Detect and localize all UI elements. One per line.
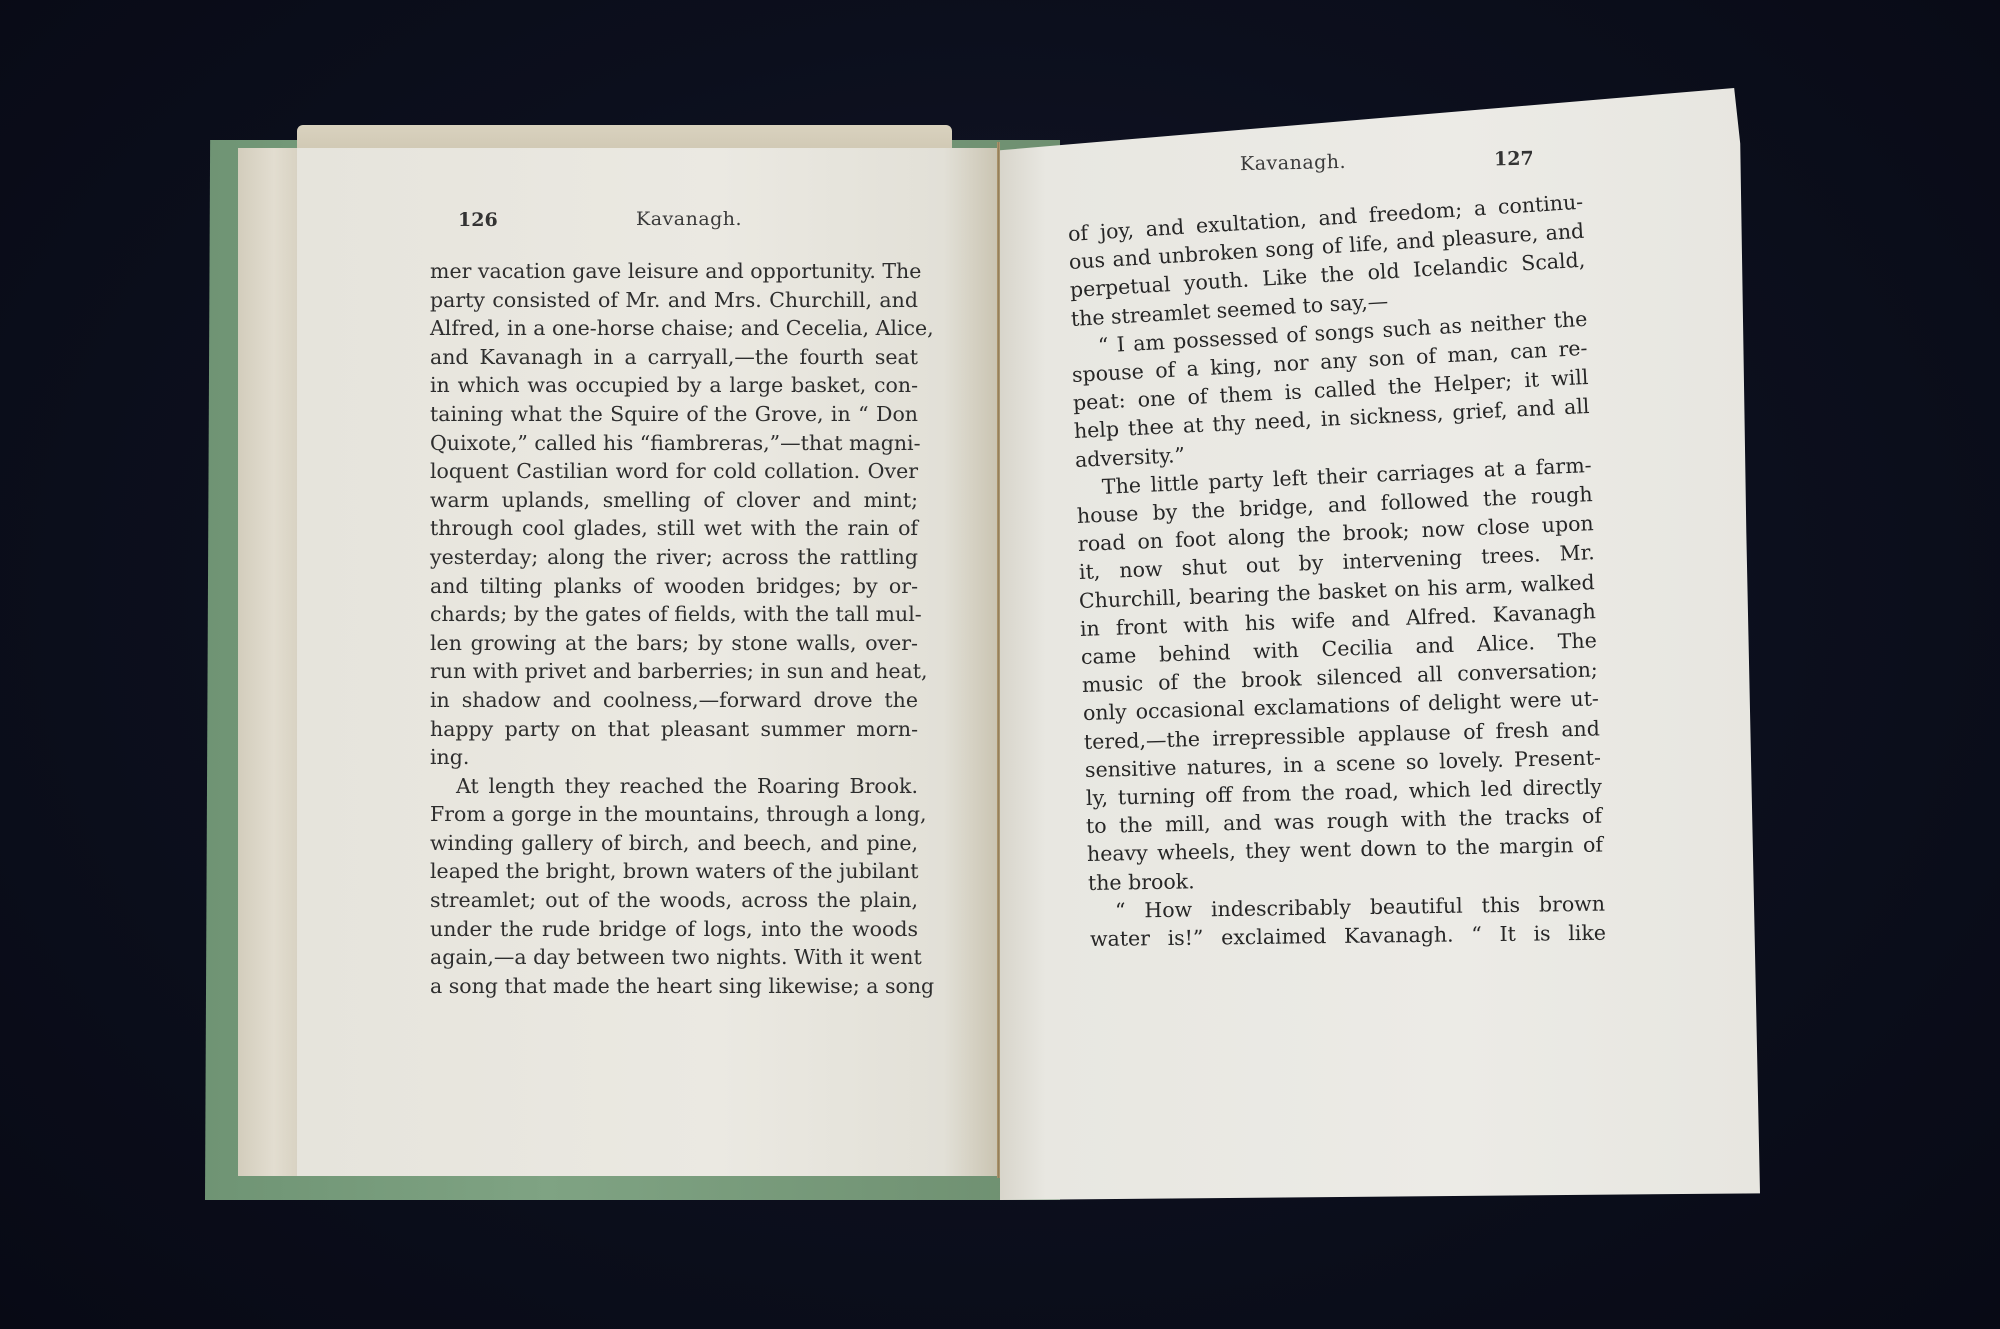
text-line: taining what the Squire of the Grove, in… xyxy=(430,400,918,429)
text-line: From a gorge in the mountains, through a… xyxy=(430,800,918,829)
text-line: and Kavanagh in a carryall,—the fourth s… xyxy=(430,343,918,372)
text-line: ing. xyxy=(430,743,918,772)
text-line: At length they reached the Roaring Brook… xyxy=(430,772,918,801)
text-line: mer vacation gave leisure and opportunit… xyxy=(430,257,918,286)
left-page-number: 126 xyxy=(458,209,498,231)
text-line: through cool glades, still wet with the … xyxy=(430,514,918,543)
text-line: chards; by the gates of fields, with the… xyxy=(430,600,918,629)
text-line: party consisted of Mr. and Mrs. Churchil… xyxy=(430,286,918,315)
text-line: streamlet; out of the woods, across the … xyxy=(430,886,918,915)
left-page-body: mer vacation gave leisure and opportunit… xyxy=(430,257,918,1000)
left-running-head: Kavanagh. xyxy=(636,208,742,230)
photo-scene: 126 Kavanagh. mer vacation gave leisure … xyxy=(0,0,2000,1329)
right-running-head: Kavanagh. xyxy=(1240,151,1347,175)
text-line: len growing at the bars; by stone walls,… xyxy=(430,629,918,658)
text-line: again,—a day between two nights. With it… xyxy=(430,943,918,972)
text-line: Quixote,” called his “fiambreras,”—that … xyxy=(430,429,918,458)
text-line: leaped the bright, brown waters of the j… xyxy=(430,857,918,886)
text-line: loquent Castilian word for cold collatio… xyxy=(430,457,918,486)
page-stack-fore-edge xyxy=(238,148,299,1176)
text-line: run with privet and barberries; in sun a… xyxy=(430,657,918,686)
text-line: happy party on that pleasant summer morn… xyxy=(430,715,918,744)
text-line: yesterday; along the river; across the r… xyxy=(430,543,918,572)
text-line: in which was occupied by a large basket,… xyxy=(430,371,918,400)
text-line: in shadow and coolness,—forward drove th… xyxy=(430,686,918,715)
right-page-number: 127 xyxy=(1494,148,1534,171)
text-line: under the rude bridge of logs, into the … xyxy=(430,915,918,944)
book-gutter xyxy=(997,142,1000,1178)
text-line: warm uplands, smelling of clover and min… xyxy=(430,486,918,515)
text-line: and tilting planks of wooden bridges; by… xyxy=(430,572,918,601)
text-line: winding gallery of birch, and beech, and… xyxy=(430,829,918,858)
text-line: Alfred, in a one-horse chaise; and Cecel… xyxy=(430,314,918,343)
text-line: a song that made the heart sing likewise… xyxy=(430,972,918,1001)
